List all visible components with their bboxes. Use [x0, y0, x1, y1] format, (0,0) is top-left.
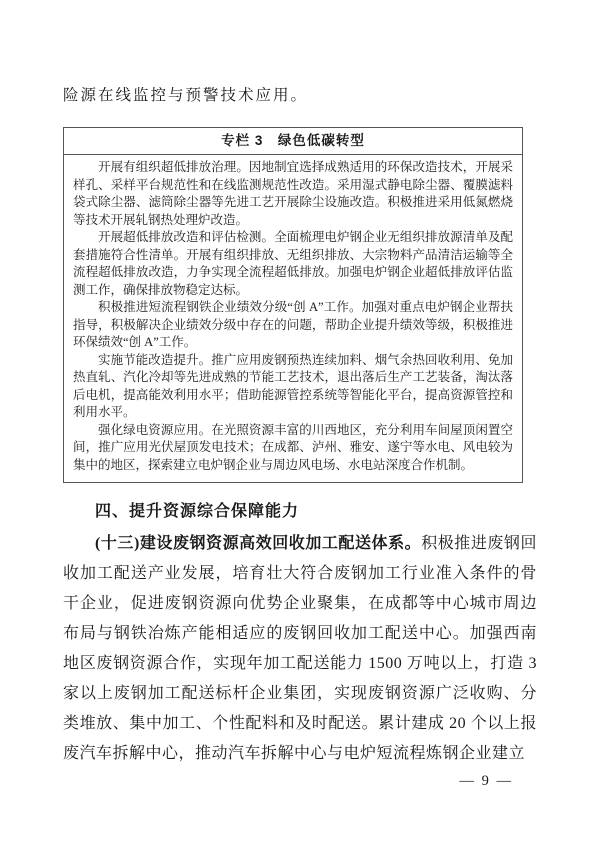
column-box: 专栏 3 绿色低碳转型 开展有组织超低排放治理。因地制宜选择成熟适用的环保改造技… — [63, 127, 523, 483]
body-paragraph-text: 积极推进废钢回收加工配送产业发展，培育壮大符合废钢加工行业准入条件的骨干企业，促… — [63, 535, 537, 762]
intro-text-line: 险源在线监控与预警技术应用。 — [63, 86, 537, 106]
page-content: 险源在线监控与预警技术应用。 专栏 3 绿色低碳转型 开展有组织超低排放治理。因… — [63, 86, 537, 790]
body-paragraph: (十三)建设废钢资源高效回收加工配送体系。积极推进废钢回收加工配送产业发展，培育… — [63, 529, 537, 769]
document-page: 险源在线监控与预警技术应用。 专栏 3 绿色低碳转型 开展有组织超低排放治理。因… — [0, 0, 600, 848]
box-paragraph-5: 强化绿电资源应用。在光照资源丰富的川西地区，充分利用车间屋顶闲置空间，推广应用光… — [73, 422, 513, 475]
box-paragraph-1: 开展有组织超低排放治理。因地制宜选择成熟适用的环保改造技术，开展采样孔、采样平台… — [73, 159, 513, 229]
column-box-body: 开展有组织超低排放治理。因地制宜选择成熟适用的环保改造技术，开展采样孔、采样平台… — [64, 155, 522, 482]
column-box-title: 专栏 3 绿色低碳转型 — [64, 128, 522, 155]
section-heading: 四、提升资源综合保障能力 — [63, 501, 537, 523]
box-paragraph-3: 积极推进短流程钢铁企业绩效分级“创 A”工作。加强对重点电炉钢企业帮扶指导，积极… — [73, 299, 513, 352]
body-paragraph-lead: (十三)建设废钢资源高效回收加工配送体系。 — [95, 535, 421, 552]
box-paragraph-4: 实施节能改造提升。推广应用废钢预热连续加料、烟气余热回收利用、免加热直轧、汽化冷… — [73, 352, 513, 422]
box-paragraph-2: 开展超低排放改造和评估检测。全面梳理电炉钢企业无组织排放源清单及配套措施符合性清… — [73, 229, 513, 299]
page-number: — 9 — — [63, 773, 513, 790]
